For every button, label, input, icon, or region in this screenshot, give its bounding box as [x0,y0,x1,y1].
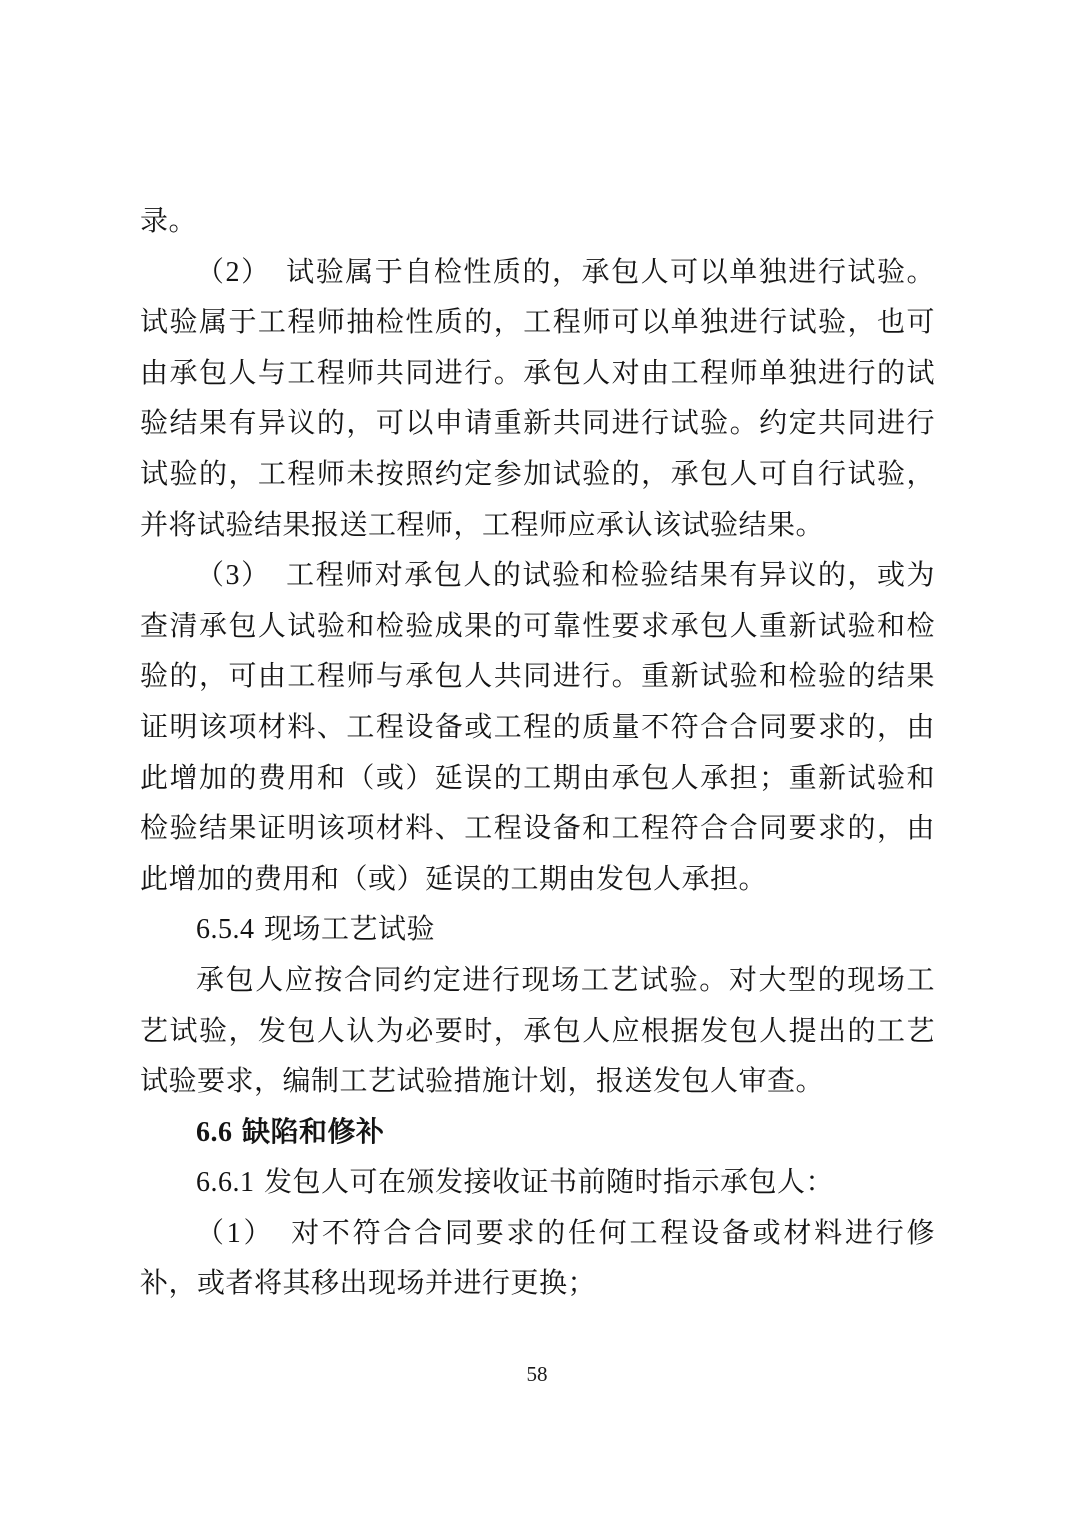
document-text-block: 录。 （2） 试验属于自检性质的，承包人可以单独进行试验。试验属于工程师抽检性质… [140,197,935,1310]
paragraph-continuation: 录。 [140,197,935,248]
document-page: 录。 （2） 试验属于自检性质的，承包人可以单独进行试验。试验属于工程师抽检性质… [0,0,1074,1520]
section-heading-6-5-4: 6.5.4 现场工艺试验 [140,905,935,956]
paragraph-item-2: （2） 试验属于自检性质的，承包人可以单独进行试验。试验属于工程师抽检性质的，工… [140,248,935,552]
paragraph-6-6-1: 6.6.1 发包人可在颁发接收证书前随时指示承包人： [140,1158,935,1209]
paragraph-item-3: （3） 工程师对承包人的试验和检验结果有异议的，或为查清承包人试验和检验成果的可… [140,551,935,905]
section-heading-6-6: 6.6 缺陷和修补 [140,1108,935,1159]
paragraph-6-5-4-body: 承包人应按合同约定进行现场工艺试验。对大型的现场工艺试验，发包人认为必要时，承包… [140,956,935,1108]
paragraph-item-1: （1） 对不符合合同要求的任何工程设备或材料进行修补，或者将其移出现场并进行更换… [140,1209,935,1310]
page-number: 58 [0,1362,1074,1387]
